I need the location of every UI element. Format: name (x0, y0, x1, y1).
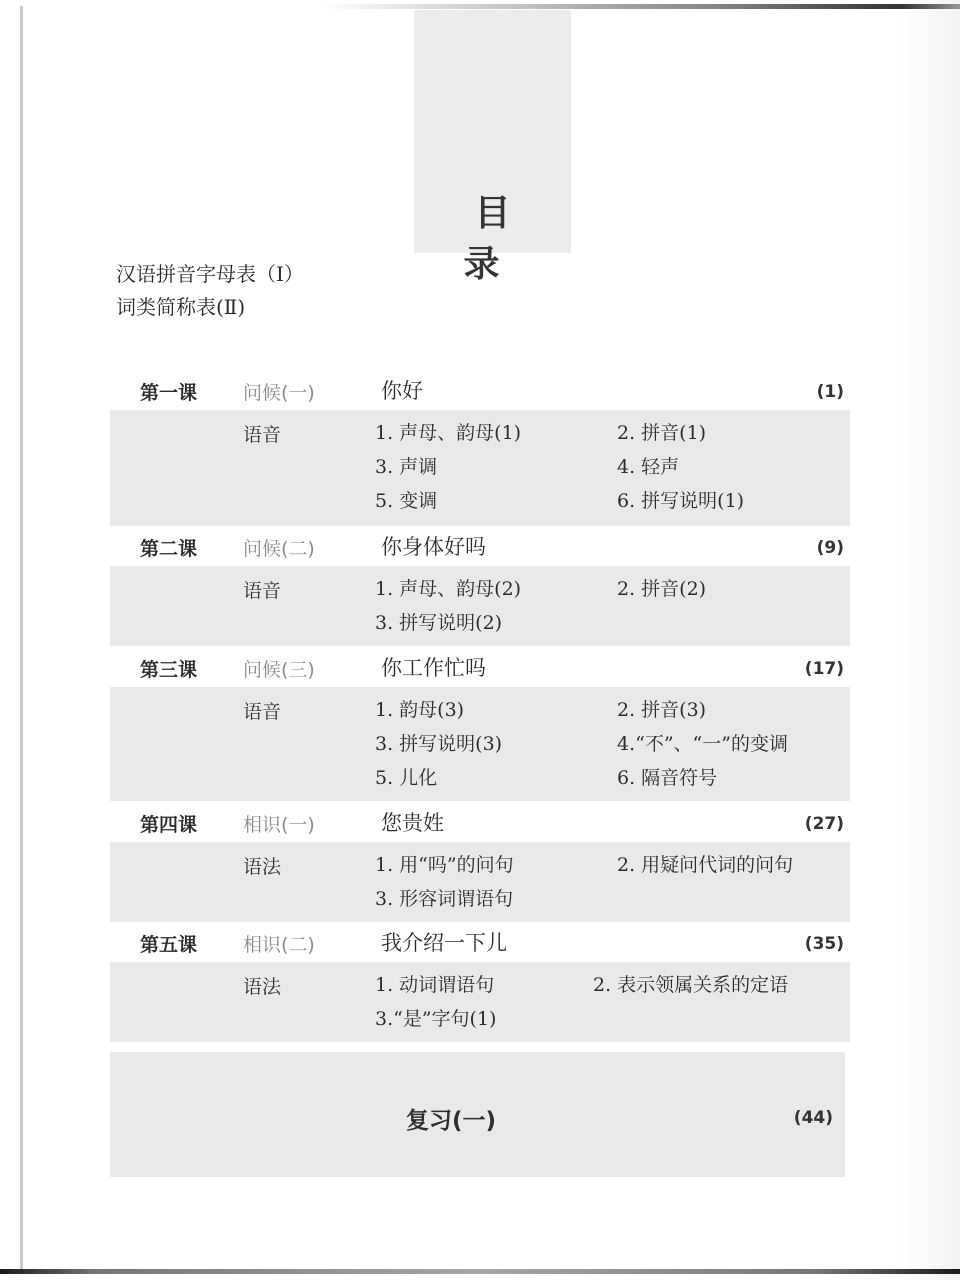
lesson-items: 1. 动词谓语句 2. 表示领属关系的定语 3.“是”字句(1) (375, 968, 850, 1036)
list-item: 3. 声调 (375, 450, 617, 484)
front-matter-list: 汉语拼音字母表（Ⅰ） 词类简称表(Ⅱ) (116, 258, 304, 324)
lesson-number: 第三课 (140, 655, 197, 682)
list-item: 2. 拼音(1) (617, 416, 850, 450)
lesson-category: 语音 (243, 697, 281, 724)
list-item: 6. 拼写说明(1) (617, 484, 850, 518)
lesson-number: 第一课 (140, 378, 197, 405)
list-item: 5. 变调 (375, 484, 617, 518)
lesson-topic: 问候(二) (243, 534, 315, 561)
page-number: (35) (805, 934, 844, 954)
list-item: 1. 韵母(3) (375, 693, 617, 727)
lesson-content-box: 语法 1. 动词谓语句 2. 表示领属关系的定语 3.“是”字句(1) (110, 962, 850, 1042)
lesson-title: 你好 (381, 375, 423, 405)
lesson-title: 你工作忙吗 (381, 652, 486, 682)
review-section[interactable]: 复习(一) (44) (110, 1052, 845, 1177)
lesson-category: 语法 (243, 972, 281, 999)
lesson-title: 我介绍一下儿 (381, 927, 507, 957)
scan-fade-right (900, 0, 960, 1280)
lesson-number: 第二课 (140, 534, 197, 561)
list-item: 3. 拼写说明(3) (375, 727, 617, 761)
lesson-number: 第五课 (140, 930, 197, 957)
lesson-content-box: 语音 1. 声母、韵母(1) 2. 拼音(1) 3. 声调 4. 轻声 5. 变… (110, 410, 850, 526)
lesson-items: 1. 用“吗”的问句 2. 用疑问代词的问句 3. 形容词谓语句 (375, 848, 850, 916)
lesson-topic: 问候(一) (243, 378, 315, 405)
list-item: 2. 用疑问代词的问句 (617, 848, 850, 882)
lesson-title: 您贵姓 (381, 807, 444, 837)
review-title: 复习(一) (406, 1102, 496, 1135)
page-title: 目 录 (414, 185, 571, 287)
lesson-title: 你身体好吗 (381, 531, 486, 561)
lesson-2: 第二课 问候(二) 你身体好吗 (9) 语音 1. 声母、韵母(2) 2. 拼音… (110, 526, 850, 646)
lesson-topic: 相识(二) (243, 930, 315, 957)
lesson-header[interactable]: 第五课 相识(二) 我介绍一下儿 (35) (110, 922, 850, 962)
page-number: (44) (794, 1108, 833, 1128)
lesson-header[interactable]: 第三课 问候(三) 你工作忙吗 (17) (110, 647, 850, 687)
list-item: 4. 轻声 (617, 450, 850, 484)
list-item: 1. 声母、韵母(2) (375, 572, 617, 606)
lesson-items: 1. 声母、韵母(1) 2. 拼音(1) 3. 声调 4. 轻声 5. 变调 6… (375, 416, 850, 518)
lesson-category: 语音 (243, 576, 281, 603)
lesson-1: 第一课 问候(一) 你好 (1) 语音 1. 声母、韵母(1) 2. 拼音(1)… (110, 370, 850, 526)
page-number: (9) (817, 538, 844, 558)
page-edge (20, 6, 23, 1274)
list-item: 2. 拼音(2) (617, 572, 850, 606)
lesson-number: 第四课 (140, 810, 197, 837)
page-number: (1) (817, 382, 844, 402)
lesson-topic: 问候(三) (243, 655, 315, 682)
lesson-items: 1. 声母、韵母(2) 2. 拼音(2) 3. 拼写说明(2) (375, 572, 850, 640)
scan-shadow-top (320, 4, 960, 9)
lesson-4: 第四课 相识(一) 您贵姓 (27) 语法 1. 用“吗”的问句 2. 用疑问代… (110, 802, 850, 922)
list-item: 4.“不”、“一”的变调 (617, 727, 850, 761)
front-matter-item-word-class-abbreviations[interactable]: 词类简称表(Ⅱ) (116, 291, 304, 324)
front-matter-item-pinyin-alphabet[interactable]: 汉语拼音字母表（Ⅰ） (116, 258, 304, 291)
scan-shadow-bottom (0, 1269, 960, 1274)
lesson-content-box: 语音 1. 声母、韵母(2) 2. 拼音(2) 3. 拼写说明(2) (110, 566, 850, 646)
lesson-header[interactable]: 第四课 相识(一) 您贵姓 (27) (110, 802, 850, 842)
list-item: 1. 声母、韵母(1) (375, 416, 617, 450)
list-item: 1. 动词谓语句 (375, 968, 593, 1002)
lesson-category: 语音 (243, 420, 281, 447)
lesson-content-box: 语法 1. 用“吗”的问句 2. 用疑问代词的问句 3. 形容词谓语句 (110, 842, 850, 922)
list-item: 3. 拼写说明(2) (375, 606, 617, 640)
lesson-5: 第五课 相识(二) 我介绍一下儿 (35) 语法 1. 动词谓语句 2. 表示领… (110, 922, 850, 1042)
lesson-items: 1. 韵母(3) 2. 拼音(3) 3. 拼写说明(3) 4.“不”、“一”的变… (375, 693, 850, 795)
lesson-category: 语法 (243, 852, 281, 879)
lesson-header[interactable]: 第一课 问候(一) 你好 (1) (110, 370, 850, 410)
list-item: 2. 拼音(3) (617, 693, 850, 727)
page-number: (27) (805, 814, 844, 834)
lesson-topic: 相识(一) (243, 810, 315, 837)
list-item: 3.“是”字句(1) (375, 1002, 593, 1036)
list-item: 1. 用“吗”的问句 (375, 848, 617, 882)
list-item: 3. 形容词谓语句 (375, 882, 617, 916)
list-item: 5. 儿化 (375, 761, 617, 795)
list-item: 6. 隔音符号 (617, 761, 850, 795)
lesson-3: 第三课 问候(三) 你工作忙吗 (17) 语音 1. 韵母(3) 2. 拼音(3… (110, 647, 850, 801)
list-item: 2. 表示领属关系的定语 (593, 968, 850, 1002)
lesson-header[interactable]: 第二课 问候(二) 你身体好吗 (9) (110, 526, 850, 566)
page-number: (17) (805, 659, 844, 679)
lesson-content-box: 语音 1. 韵母(3) 2. 拼音(3) 3. 拼写说明(3) 4.“不”、“一… (110, 687, 850, 801)
